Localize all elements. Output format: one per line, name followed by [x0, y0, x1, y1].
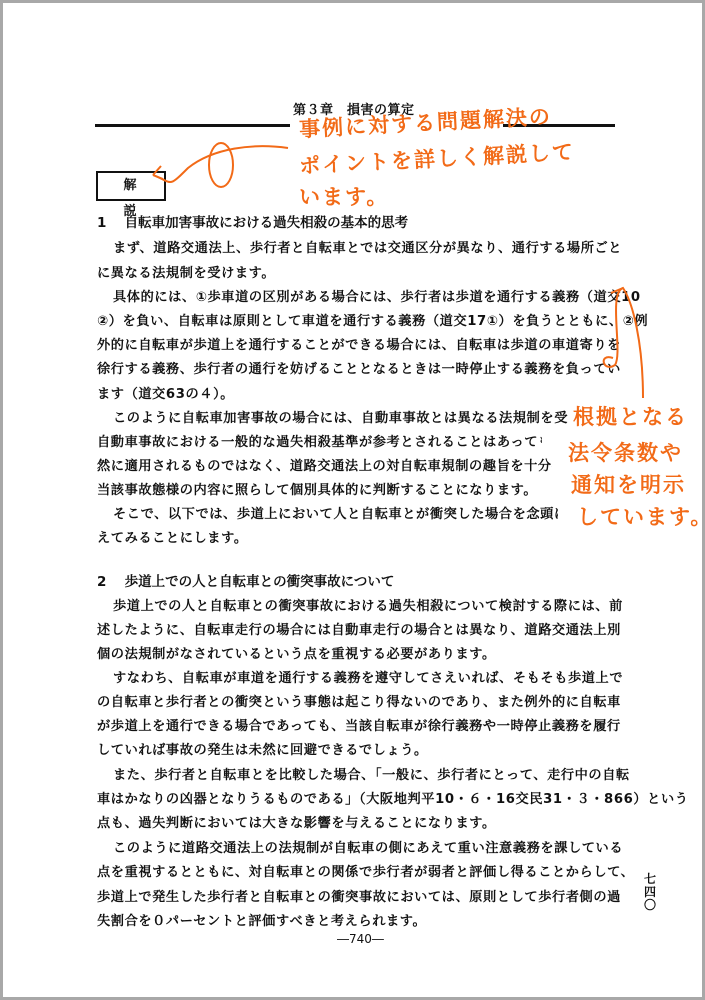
- annotation-note-line: います。: [299, 181, 389, 211]
- document-page: 第３章 損害の算定 解 説 1 自転車加害事故における過失相殺の基本的思考 まず…: [3, 3, 702, 997]
- arrow-to-box-icon: [153, 146, 288, 182]
- annotation-note-line: 法令条数や: [568, 437, 683, 467]
- annotation-note-line: 通知を明示: [571, 469, 686, 499]
- annotation-note-line: しています。: [577, 501, 705, 531]
- annotation-note-line: 根拠となる: [573, 401, 688, 431]
- arrow-to-citation-icon: [604, 288, 643, 398]
